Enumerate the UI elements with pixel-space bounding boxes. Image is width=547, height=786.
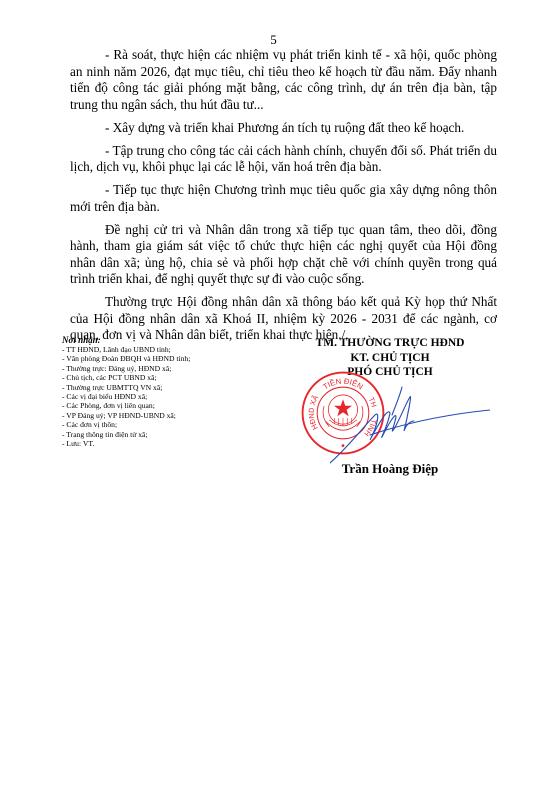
signature-line-on-behalf: KT. CHỦ TỊCH	[280, 351, 500, 366]
recipient-item: - Chủ tịch, các PCT UBND xã;	[62, 373, 272, 382]
paragraph-admin-reform: - Tập trung cho công tác cải cách hành c…	[70, 143, 497, 176]
recipients-list: - TT HĐND, Lãnh đạo UBND tỉnh; - Văn phò…	[62, 345, 272, 448]
recipient-item: - Thường trực: Đảng uỷ, HĐND xã;	[62, 364, 272, 373]
document-body: - Rà soát, thực hiện các nhiệm vụ phát t…	[70, 47, 497, 350]
paragraph-voter-request: Đề nghị cử tri và Nhân dân trong xã tiếp…	[70, 222, 497, 288]
signer-name: Trần Hoàng Điệp	[280, 461, 500, 476]
recipient-item: - VP Đảng uỷ; VP HĐND-UBND xã;	[62, 411, 272, 420]
recipient-item: - Trang thông tin điện tử xã;	[62, 430, 272, 439]
recipient-item: - Các Phòng, đơn vị liên quan;	[62, 401, 272, 410]
paragraph-new-rural: - Tiếp tục thực hiện Chương trình mục ti…	[70, 182, 497, 215]
recipient-item: - Thường trực UBMTTQ VN xã;	[62, 383, 272, 392]
recipients-title: Nơi nhận:	[62, 335, 272, 345]
signature-line-org: TM. THƯỜNG TRỰC HĐND	[280, 336, 500, 351]
recipient-item: - Các vị đại biểu HĐND xã;	[62, 392, 272, 401]
page-number: 5	[0, 33, 547, 47]
paragraph-land-plan: - Xây dựng và triển khai Phương án tích …	[70, 120, 497, 137]
handwritten-signature-icon	[330, 385, 490, 465]
paragraph-tasks-review: - Rà soát, thực hiện các nhiệm vụ phát t…	[70, 47, 497, 113]
recipient-item: - TT HĐND, Lãnh đạo UBND tỉnh;	[62, 345, 272, 354]
recipient-item: - Văn phòng Đoàn ĐBQH và HĐND tỉnh;	[62, 354, 272, 363]
recipient-item: - Các đơn vị thôn;	[62, 420, 272, 429]
recipient-item: - Lưu: VT.	[62, 439, 272, 448]
recipients-block: Nơi nhận: - TT HĐND, Lãnh đạo UBND tỉnh;…	[62, 335, 272, 448]
